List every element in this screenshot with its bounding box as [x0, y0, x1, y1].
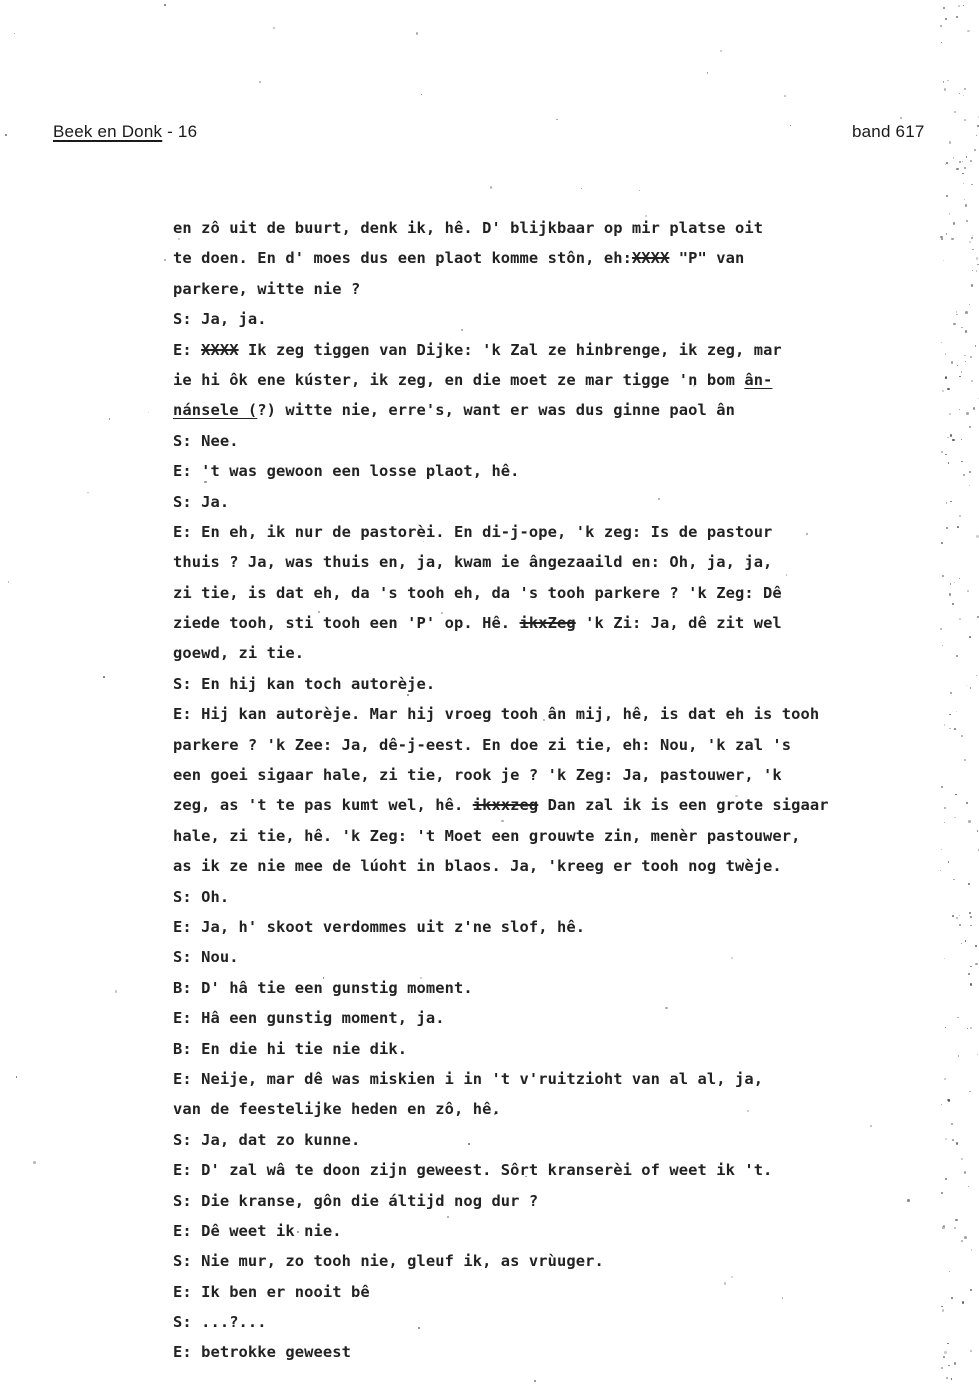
- line-text: B: En die hi tie nie dik.: [173, 1040, 407, 1058]
- transcript-line: thuis ? Ja, was thuis en, ja, kwam ie ân…: [173, 547, 933, 577]
- transcript-line: S: ...?...: [173, 1307, 933, 1337]
- transcript-line: as ik ze nie mee de lúoht in blaos. Ja, …: [173, 851, 933, 881]
- transcript-line: hale, zi tie, hê. 'k Zeg: 't Moet een gr…: [173, 821, 933, 851]
- line-text: E: Ja, h' skoot verdommes uit z'ne slof,…: [173, 918, 585, 936]
- transcript-line: S: Ja, dat zo kunne.: [173, 1125, 933, 1155]
- struck-out-text: ikxZeg: [520, 614, 576, 632]
- struck-out-text: XXXX: [632, 249, 669, 267]
- transcript-line: E: 't was gewoon een losse plaot, hê.: [173, 456, 933, 486]
- transcript-line: S: Nie mur, zo tooh nie, gleuf ik, as vr…: [173, 1246, 933, 1276]
- line-text: ie hi ôk ene kúster, ik zeg, en die moet…: [173, 371, 744, 389]
- line-text: S: Ja, dat zo kunne.: [173, 1131, 360, 1149]
- line-text: "P" van: [669, 249, 744, 267]
- line-text: S: ...?...: [173, 1313, 267, 1331]
- line-text: van de feestelijke heden en zô, hê.: [173, 1100, 501, 1118]
- transcript-line: E: Ja, h' skoot verdommes uit z'ne slof,…: [173, 912, 933, 942]
- header-separator: -: [162, 122, 178, 141]
- line-text: Ik zeg tiggen van Dijke: 'k Zal ze hinbr…: [239, 341, 782, 359]
- transcript-line: E: En eh, ik nur de pastorèi. En di-j-op…: [173, 517, 933, 547]
- transcript-line: zi tie, is dat eh, da 's tooh eh, da 's …: [173, 578, 933, 608]
- line-text: een goei sigaar hale, zi tie, rook je ? …: [173, 766, 782, 784]
- line-text: parkere, witte nie ?: [173, 280, 360, 298]
- location-title: Beek en Donk: [53, 122, 162, 141]
- line-text: ?) witte nie, erre's, want er was dus gi…: [257, 401, 735, 419]
- line-text: Dan zal ik is een grote sigaar: [538, 796, 828, 814]
- line-text: E: Hij kan autorèje. Mar hij vroeg tooh …: [173, 705, 819, 723]
- document-header-title: Beek en Donk - 16: [53, 122, 197, 142]
- transcript-line: parkere, witte nie ?: [173, 274, 933, 304]
- transcript-line: een goei sigaar hale, zi tie, rook je ? …: [173, 760, 933, 790]
- line-text: S: Nee.: [173, 432, 239, 450]
- line-text: S: En hij kan toch autorèje.: [173, 675, 435, 693]
- line-text: S: Ja.: [173, 493, 229, 511]
- transcript-line: E: D' zal wâ te doon zijn geweest. Sôrt …: [173, 1155, 933, 1185]
- transcript-line: E: Hâ een gunstig moment, ja.: [173, 1003, 933, 1033]
- page-number: 16: [178, 122, 197, 141]
- line-text: as ik ze nie mee de lúoht in blaos. Ja, …: [173, 857, 782, 875]
- transcript-line: S: Oh.: [173, 882, 933, 912]
- transcript-line: S: Die kranse, gôn die áltijd nog dur ?: [173, 1186, 933, 1216]
- transcript-line: ie hi ôk ene kúster, ik zeg, en die moet…: [173, 365, 933, 395]
- line-text: E: D' zal wâ te doon zijn geweest. Sôrt …: [173, 1161, 772, 1179]
- line-text: S: Oh.: [173, 888, 229, 906]
- line-text: E: Hâ een gunstig moment, ja.: [173, 1009, 445, 1027]
- transcript-line: S: Nou.: [173, 942, 933, 972]
- transcript-line: en zô uit de buurt, denk ik, hê. D' blij…: [173, 213, 933, 243]
- transcript-line: E: Neije, mar dê was miskien i in 't v'r…: [173, 1064, 933, 1094]
- line-text: hale, zi tie, hê. 'k Zeg: 't Moet een gr…: [173, 827, 801, 845]
- line-text: en zô uit de buurt, denk ik, hê. D' blij…: [173, 219, 763, 237]
- line-text: E: En eh, ik nur de pastorèi. En di-j-op…: [173, 523, 772, 541]
- tape-number: band 617: [852, 122, 925, 142]
- transcript-line: E: XXXX Ik zeg tiggen van Dijke: 'k Zal …: [173, 335, 933, 365]
- transcript-line: E: betrokke geweest: [173, 1337, 933, 1367]
- transcript-line: S: Ja.: [173, 487, 933, 517]
- transcript-line: S: Ja, ja.: [173, 304, 933, 334]
- transcript-line: van de feestelijke heden en zô, hê.: [173, 1094, 933, 1124]
- line-text: S: Die kranse, gôn die áltijd nog dur ?: [173, 1192, 538, 1210]
- transcript-line: parkere ? 'k Zee: Ja, dê-j-eest. En doe …: [173, 730, 933, 760]
- line-text: zeg, as 't te pas kumt wel, hê.: [173, 796, 473, 814]
- line-text: E: Neije, mar dê was miskien i in 't v'r…: [173, 1070, 763, 1088]
- transcript-line: S: En hij kan toch autorèje.: [173, 669, 933, 699]
- line-text: zi tie, is dat eh, da 's tooh eh, da 's …: [173, 584, 782, 602]
- line-text: te doen. En d' moes dus een plaot komme …: [173, 249, 632, 267]
- transcript-line: zeg, as 't te pas kumt wel, hê. ikxxzeg …: [173, 790, 933, 820]
- transcript-line: ziede tooh, sti tooh een 'P' op. Hê. ikx…: [173, 608, 933, 638]
- line-text: ziede tooh, sti tooh een 'P' op. Hê.: [173, 614, 520, 632]
- transcript-body: en zô uit de buurt, denk ik, hê. D' blij…: [173, 213, 933, 1368]
- typewritten-transcript-page: Beek en Donk - 16 band 617 en zô uit de …: [0, 0, 979, 1394]
- line-text: E: 't was gewoon een losse plaot, hê.: [173, 462, 520, 480]
- line-text: E: Ik ben er nooit bê: [173, 1283, 370, 1301]
- line-text: S: Ja, ja.: [173, 310, 267, 328]
- transcript-line: goewd, zi tie.: [173, 638, 933, 668]
- line-text: thuis ? Ja, was thuis en, ja, kwam ie ân…: [173, 553, 772, 571]
- line-text: B: D' hâ tie een gunstig moment.: [173, 979, 473, 997]
- transcript-line: te doen. En d' moes dus een plaot komme …: [173, 243, 933, 273]
- line-text: parkere ? 'k Zee: Ja, dê-j-eest. En doe …: [173, 736, 791, 754]
- line-text: E: Dê weet ik nie.: [173, 1222, 342, 1240]
- transcript-line: S: Nee.: [173, 426, 933, 456]
- transcript-line: B: En die hi tie nie dik.: [173, 1034, 933, 1064]
- line-text: E:: [173, 341, 201, 359]
- underlined-text: nánsele (: [173, 401, 257, 419]
- line-text: E: betrokke geweest: [173, 1343, 351, 1361]
- line-text: S: Nou.: [173, 948, 239, 966]
- transcript-line: E: Ik ben er nooit bê: [173, 1277, 933, 1307]
- transcript-line: B: D' hâ tie een gunstig moment.: [173, 973, 933, 1003]
- transcript-line: E: Hij kan autorèje. Mar hij vroeg tooh …: [173, 699, 933, 729]
- line-text: goewd, zi tie.: [173, 644, 304, 662]
- underlined-text: ân-: [744, 371, 772, 389]
- transcript-line: nánsele (?) witte nie, erre's, want er w…: [173, 395, 933, 425]
- transcript-line: E: Dê weet ik nie.: [173, 1216, 933, 1246]
- struck-out-text: ikxxzeg: [473, 796, 539, 814]
- struck-out-text: XXXX: [201, 341, 238, 359]
- line-text: 'k Zi: Ja, dê zit wel: [576, 614, 782, 632]
- line-text: S: Nie mur, zo tooh nie, gleuf ik, as vr…: [173, 1252, 604, 1270]
